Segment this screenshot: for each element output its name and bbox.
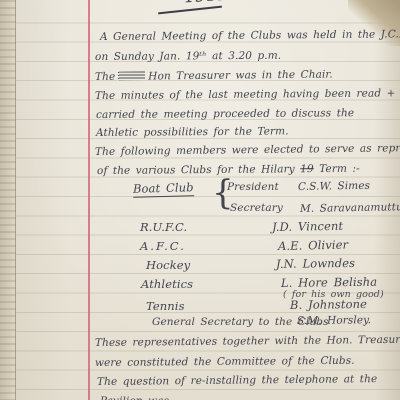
secretary-name: M. Saravanamuttu [300, 200, 400, 216]
club-rep: J.D. Vincent [272, 219, 343, 234]
club-name: Athletics [141, 277, 193, 291]
secretary-label: Secretary [230, 201, 283, 215]
line-3-suffix: Hon Treasurer was in the Chair. [148, 69, 333, 83]
minutes-line-2: on Sunday Jan. 19ᵗʰ at 3.20 p.m. [95, 49, 281, 64]
minutes-line-6: Athletic possibilities for the Term. [96, 124, 289, 140]
club-name: Tennis [146, 299, 185, 313]
closing-line-4-partial: Pavilion was [100, 394, 169, 400]
line-8-suffix: Term :- [319, 163, 360, 175]
closing-line-2: were constituted the Committee of the Cl… [95, 354, 355, 370]
line-3-prefix: The [95, 71, 115, 83]
minutes-line-5: carried the meeting proceeded to discuss… [96, 106, 354, 122]
club-rep: A.E. Olivier [278, 238, 348, 253]
club-name: A.F.C. [140, 239, 186, 253]
club-name: Hockey [146, 258, 190, 272]
line-8-prefix: of the various Clubs for the Hilary [97, 163, 295, 177]
club-name: R.U.F.C. [140, 220, 187, 234]
club-rep: B. Johnstone [290, 297, 367, 312]
club-rep: J.N. Lowndes [276, 256, 355, 271]
minutes-line-4: The minutes of the last meeting having b… [95, 86, 396, 103]
general-secretary-name: S.M. Horsley. [297, 313, 371, 328]
red-margin-line [88, 0, 90, 400]
president-name: C.S.W. Simes [298, 179, 370, 194]
minutes-line-1: A General Meeting of the Clubs was held … [100, 27, 400, 44]
boat-club-label: Boat Club [133, 181, 194, 197]
book-binding-edge [0, 0, 16, 400]
struck-out-mark: 19 [300, 163, 314, 175]
president-label: President [227, 180, 279, 194]
notebook-page: 1919 A General Meeting of the Clubs was … [0, 0, 400, 400]
scribbled-out-word [118, 71, 145, 80]
closing-line-3: The question of re-installing the teleph… [97, 372, 377, 389]
minutes-line-3: TheHon Treasurer was in the Chair. [95, 68, 333, 84]
